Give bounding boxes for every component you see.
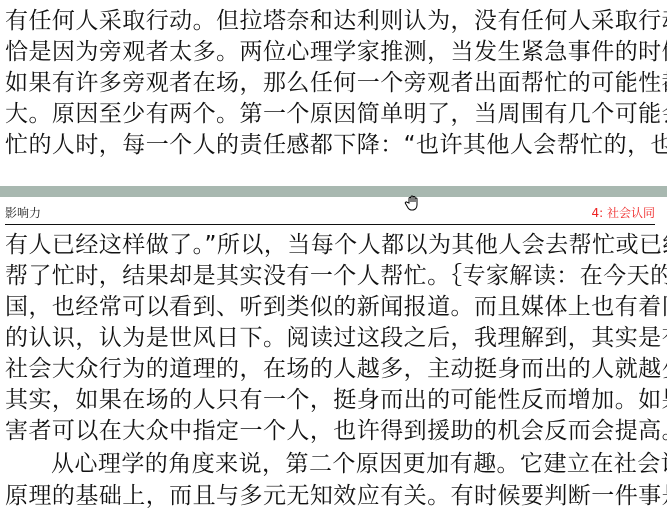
text-line: 原理的基础上，而且与多元无知效应有关。有时候要判断一件事是否 (5, 481, 665, 512)
book-title: 影响力 (5, 206, 41, 220)
text-line: 害者可以在大众中指定一个人，也许得到援助的机会反而会提高。｝ (5, 416, 665, 447)
text-line: 其实，如果在场的人只有一个，挺身而出的可能性反而增加。如果受 (5, 385, 665, 416)
running-header: 影响力 4: 社会认同 (5, 197, 655, 225)
text-line: 有人已经这样做了。”所以，当每个人都以为其他人会去帮忙或已经 (5, 230, 665, 261)
text-line: 国，也经常可以看到、听到类似的新闻报道。而且媒体上也有着同样 (5, 292, 665, 323)
text-line: 有任何人采取行动。但拉塔奈和达利则认为，没有任何人采取行动恰 (5, 6, 665, 37)
text-line: 社会大众行为的道理的，在场的人越多，主动挺身而出的人就越少。 (5, 354, 665, 385)
text-line: 大。原因至少有两个。第一个原因简单明了，当周围有几个可能会帮 (5, 99, 665, 130)
text-line: 忙的人时，每一个人的责任感都下降：“也许其他人会帮忙的，也许 (5, 130, 665, 161)
document-page-top: 有任何人采取行动。但拉塔奈和达利则认为，没有任何人采取行动恰 恰是因为旁观者太多… (0, 0, 667, 186)
hand-grab-icon (404, 194, 422, 212)
text-line: 从心理学的角度来说，第二个原因更加有趣。它建立在社会认同 (5, 449, 665, 480)
page-separator (0, 186, 667, 197)
text-line: 的认识，认为是世风日下。阅读过这段之后，我理解到，其实是有着 (5, 323, 665, 354)
text-line: 恰是因为旁观者太多。两位心理学家推测，当发生紧急事件的时候， (5, 37, 665, 68)
document-page-bottom: 影响力 4: 社会认同 有人已经这样做了。”所以，当每个人都以为其他人会去帮忙或… (0, 197, 667, 518)
text-line: 帮了忙时，结果却是其实没有一个人帮忙。｛专家解读：在今天的中 (5, 261, 665, 292)
text-line: 如果有许多旁观者在场，那么任何一个旁观者出面帮忙的可能性都不 (5, 68, 665, 99)
chapter-title: 4: 社会认同 (592, 206, 656, 220)
